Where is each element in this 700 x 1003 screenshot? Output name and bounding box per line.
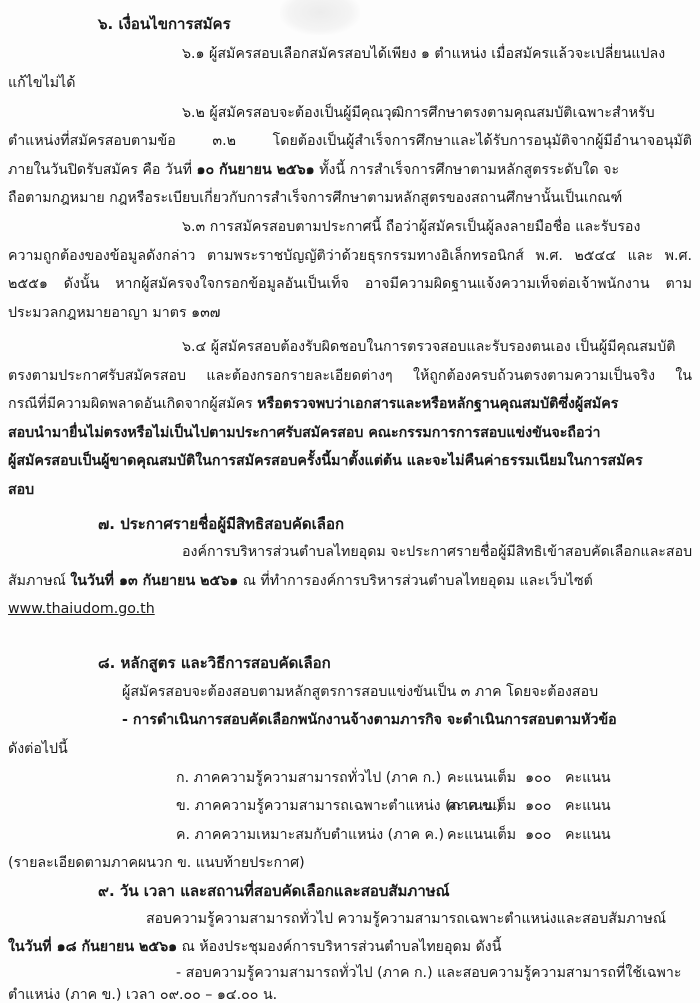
section-6-3-line-3: ๒๕๕๑ ดังนั้น หากผู้สมัครจงใจกรอกข้อมูลอั… — [8, 274, 692, 294]
exam-date: ในวันที่ ๑๘ กันยายน ๒๕๖๑ — [8, 939, 177, 955]
section-6-4-line-3: กรณีที่มีความผิดพลาดอันเกิดจากผู้สมัคร ห… — [8, 394, 692, 414]
section-8-line-3: ดังต่อไปนี้ — [8, 739, 68, 759]
section-8-line-2: - การดำเนินการสอบคัดเลือกพนักงานจ้างตามภ… — [122, 710, 617, 730]
section-7-heading: ๗. ประกาศรายชื่อผู้มีสิทธิสอบคัดเลือก — [98, 514, 344, 534]
website-link[interactable]: www.thaiudom.go.th — [8, 601, 155, 617]
section-8-line-1: ผู้สมัครสอบจะต้องสอบตามหลักสูตรการสอบแข่… — [122, 682, 598, 702]
section-9-line-4: ตำแหน่ง (ภาค ข.) เวลา ๐๙.๐๐ – ๑๔.๐๐ น. — [8, 985, 277, 1003]
score-value: ๑๐๐ — [525, 770, 551, 786]
score-value: ๑๐๐ — [525, 798, 551, 814]
text: สัมภาษณ์ — [8, 573, 70, 589]
section-6-3-line-2: ความถูกต้องของข้อมูลดังกล่าว ตามพระราชบั… — [8, 246, 692, 266]
section-8-note: (รายละเอียดตามภาคผนวก ข. แนบท้ายประกาศ) — [8, 853, 305, 873]
website-line: www.thaiudom.go.th — [8, 599, 155, 619]
bold-warning: หรือตรวจพบว่าเอกสารและหรือหลักฐานคุณสมบั… — [257, 396, 618, 412]
document-page: ๖. เงื่อนไขการสมัคร ๖.๑ ผู้สมัครสอบเลือก… — [0, 0, 700, 1003]
text: ณ ที่ทำการองค์การบริหารส่วนตำบลไทยอุดม แ… — [238, 573, 593, 589]
deadline-date: ๑๐ กันยายน ๒๕๖๑ — [196, 162, 314, 178]
section-9-line-3: - สอบความรู้ความสามารถทั่วไป (ภาค ก.) แล… — [176, 963, 681, 983]
section-9-line-2: ในวันที่ ๑๘ กันยายน ๒๕๖๑ ณ ห้องประชุมองค… — [8, 937, 501, 957]
score-label: คะแนนเต็ม — [447, 798, 516, 814]
section-6-2-line-1: ๖.๒ ผู้สมัครสอบจะต้องเป็นผู้มีคุณวุฒิการ… — [182, 103, 655, 123]
section-6-3-line-4: ประมวลกฎหมายอาญา มาตร ๑๓๗ — [8, 303, 220, 323]
section-6-2-line-4: ถือตามกฎหมาย กฎหรือระเบียบเกี่ยวกับการสำ… — [8, 188, 622, 208]
exam-part-c-label: ค. ภาคความเหมาะสมกับตำแหน่ง (ภาค ค.) — [176, 825, 444, 845]
section-7-line-2: สัมภาษณ์ ในวันที่ ๑๓ กันยายน ๒๕๖๑ ณ ที่ท… — [8, 571, 593, 591]
text: ณ ห้องประชุมองค์การบริหารส่วนตำบลไทยอุดม… — [177, 939, 501, 955]
score-label: คะแนนเต็ม — [447, 770, 516, 786]
section-6-4-line-6: สอบ — [8, 480, 34, 500]
exam-part-c-score: คะแนนเต็ม ๑๐๐ คะแนน — [447, 825, 611, 845]
seal-bleedthrough — [280, 0, 360, 35]
exam-part-a-label: ก. ภาคความรู้ความสามารถทั่วไป (ภาค ก.) — [176, 768, 441, 788]
announce-date: ในวันที่ ๑๓ กันยายน ๒๕๖๑ — [70, 573, 238, 589]
score-label: คะแนนเต็ม — [447, 827, 516, 843]
section-6-heading: ๖. เงื่อนไขการสมัคร — [98, 14, 231, 34]
text: ภายในวันปิดรับสมัคร คือ วันที่ — [8, 162, 196, 178]
section-6-3-line-1: ๖.๓ การสมัครสอบตามประกาศนี้ ถือว่าผู้สมั… — [182, 217, 640, 237]
section-7-line-1: องค์การบริหารส่วนตำบลไทยอุดม จะประกาศราย… — [182, 542, 692, 562]
score-unit: คะแนน — [565, 798, 611, 814]
score-unit: คะแนน — [565, 827, 611, 843]
text: ทั้งนี้ การสำเร็จการศึกษาตามหลักสูตรระดั… — [315, 162, 619, 178]
exam-part-a-score: คะแนนเต็ม ๑๐๐ คะแนน — [447, 768, 611, 788]
section-6-4-line-1: ๖.๔ ผู้สมัครสอบต้องรับผิดชอบในการตรวจสอบ… — [182, 337, 675, 357]
section-6-4-line-5: ผู้สมัครสอบเป็นผู้ขาดคุณสมบัติในการสมัคร… — [8, 451, 643, 471]
section-9-heading: ๙. วัน เวลา และสถานที่สอบคัดเลือกและสอบส… — [98, 881, 450, 901]
exam-part-b-score: คะแนนเต็ม ๑๐๐ คะแนน — [447, 796, 611, 816]
section-6-1-line-1: ๖.๑ ผู้สมัครสอบเลือกสมัครสอบได้เพียง ๑ ต… — [182, 44, 665, 64]
section-6-2-line-2: ตำแหน่งที่สมัครสอบตามข้อ ๓.๒ โดยต้องเป็น… — [8, 131, 692, 151]
section-6-2-line-3: ภายในวันปิดรับสมัคร คือ วันที่ ๑๐ กันยาย… — [8, 160, 692, 180]
text: กรณีที่มีความผิดพลาดอันเกิดจากผู้สมัคร — [8, 396, 257, 412]
section-6-4-line-4: สอบนำมายื่นไม่ตรงหรือไม่เป็นไปตามประกาศร… — [8, 423, 600, 443]
section-6-4-line-2: ตรงตามประกาศรับสมัครสอบ และต้องกรอกรายละ… — [8, 366, 692, 386]
section-8-heading: ๘. หลักสูตร และวิธีการสอบคัดเลือก — [98, 653, 331, 673]
section-9-line-1: สอบความรู้ความสามารถทั่วไป ความรู้ความสา… — [146, 909, 666, 929]
section-6-1-line-2: แก้ไขไม่ได้ — [8, 73, 75, 93]
score-unit: คะแนน — [565, 770, 611, 786]
score-value: ๑๐๐ — [525, 827, 551, 843]
